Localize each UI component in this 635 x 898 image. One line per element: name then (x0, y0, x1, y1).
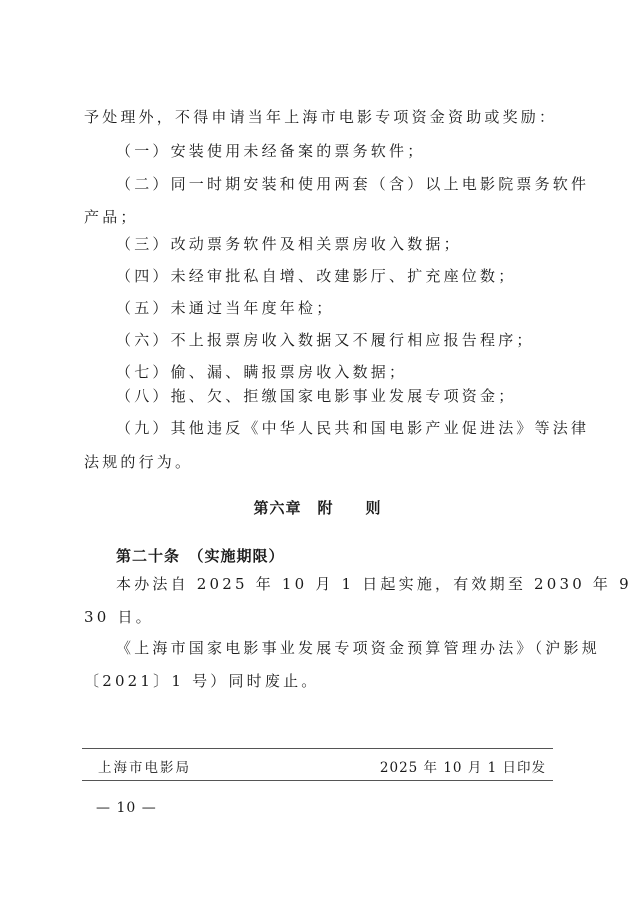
list-item-6: （六）不上报票房收入数据又不履行相应报告程序； (116, 330, 552, 350)
footer-issue-date: 2025 年 10 月 1 日印发 (380, 756, 546, 776)
list-item-4: （四）未经审批私自增、改建影厅、扩充座位数； (116, 266, 552, 286)
list-item-2-cont: 产品； (84, 207, 552, 227)
list-item-2: （二）同一时期安装和使用两套（含）以上电影院票务软件 (116, 174, 552, 194)
article-title: 第二十条 （实施期限） (116, 545, 285, 566)
page-number: — 10 — (96, 800, 157, 816)
article-line-1: 本办法自 2025 年 10 月 1 日起实施，有效期至 2030 年 9 月 (116, 574, 552, 594)
article-line-4: 〔2021〕1 号）同时废止。 (84, 671, 552, 691)
footer-top-rule (82, 748, 553, 749)
paragraph-continuation: 予处理外，不得申请当年上海市电影专项资金资助或奖励： (84, 107, 552, 127)
list-item-7: （七）偷、漏、瞒报票房收入数据； (116, 362, 552, 382)
list-item-3: （三）改动票务软件及相关票房收入数据； (116, 234, 552, 254)
chapter-heading: 第六章 附 则 (0, 497, 635, 518)
list-item-9-cont: 法规的行为。 (84, 452, 552, 472)
article-line-2: 30 日。 (84, 607, 552, 627)
footer-issuer: 上海市电影局 (98, 756, 191, 776)
footer-bottom-rule (82, 780, 553, 781)
list-item-1: （一）安装使用未经备案的票务软件； (116, 141, 552, 161)
list-item-5: （五）未通过当年度年检； (116, 298, 552, 318)
article-line-3: 《上海市国家电影事业发展专项资金预算管理办法》（沪影规 (116, 638, 552, 658)
list-item-9: （九）其他违反《中华人民共和国电影产业促进法》等法律 (116, 418, 552, 438)
list-item-8: （八）拖、欠、拒缴国家电影事业发展专项资金； (116, 386, 552, 406)
